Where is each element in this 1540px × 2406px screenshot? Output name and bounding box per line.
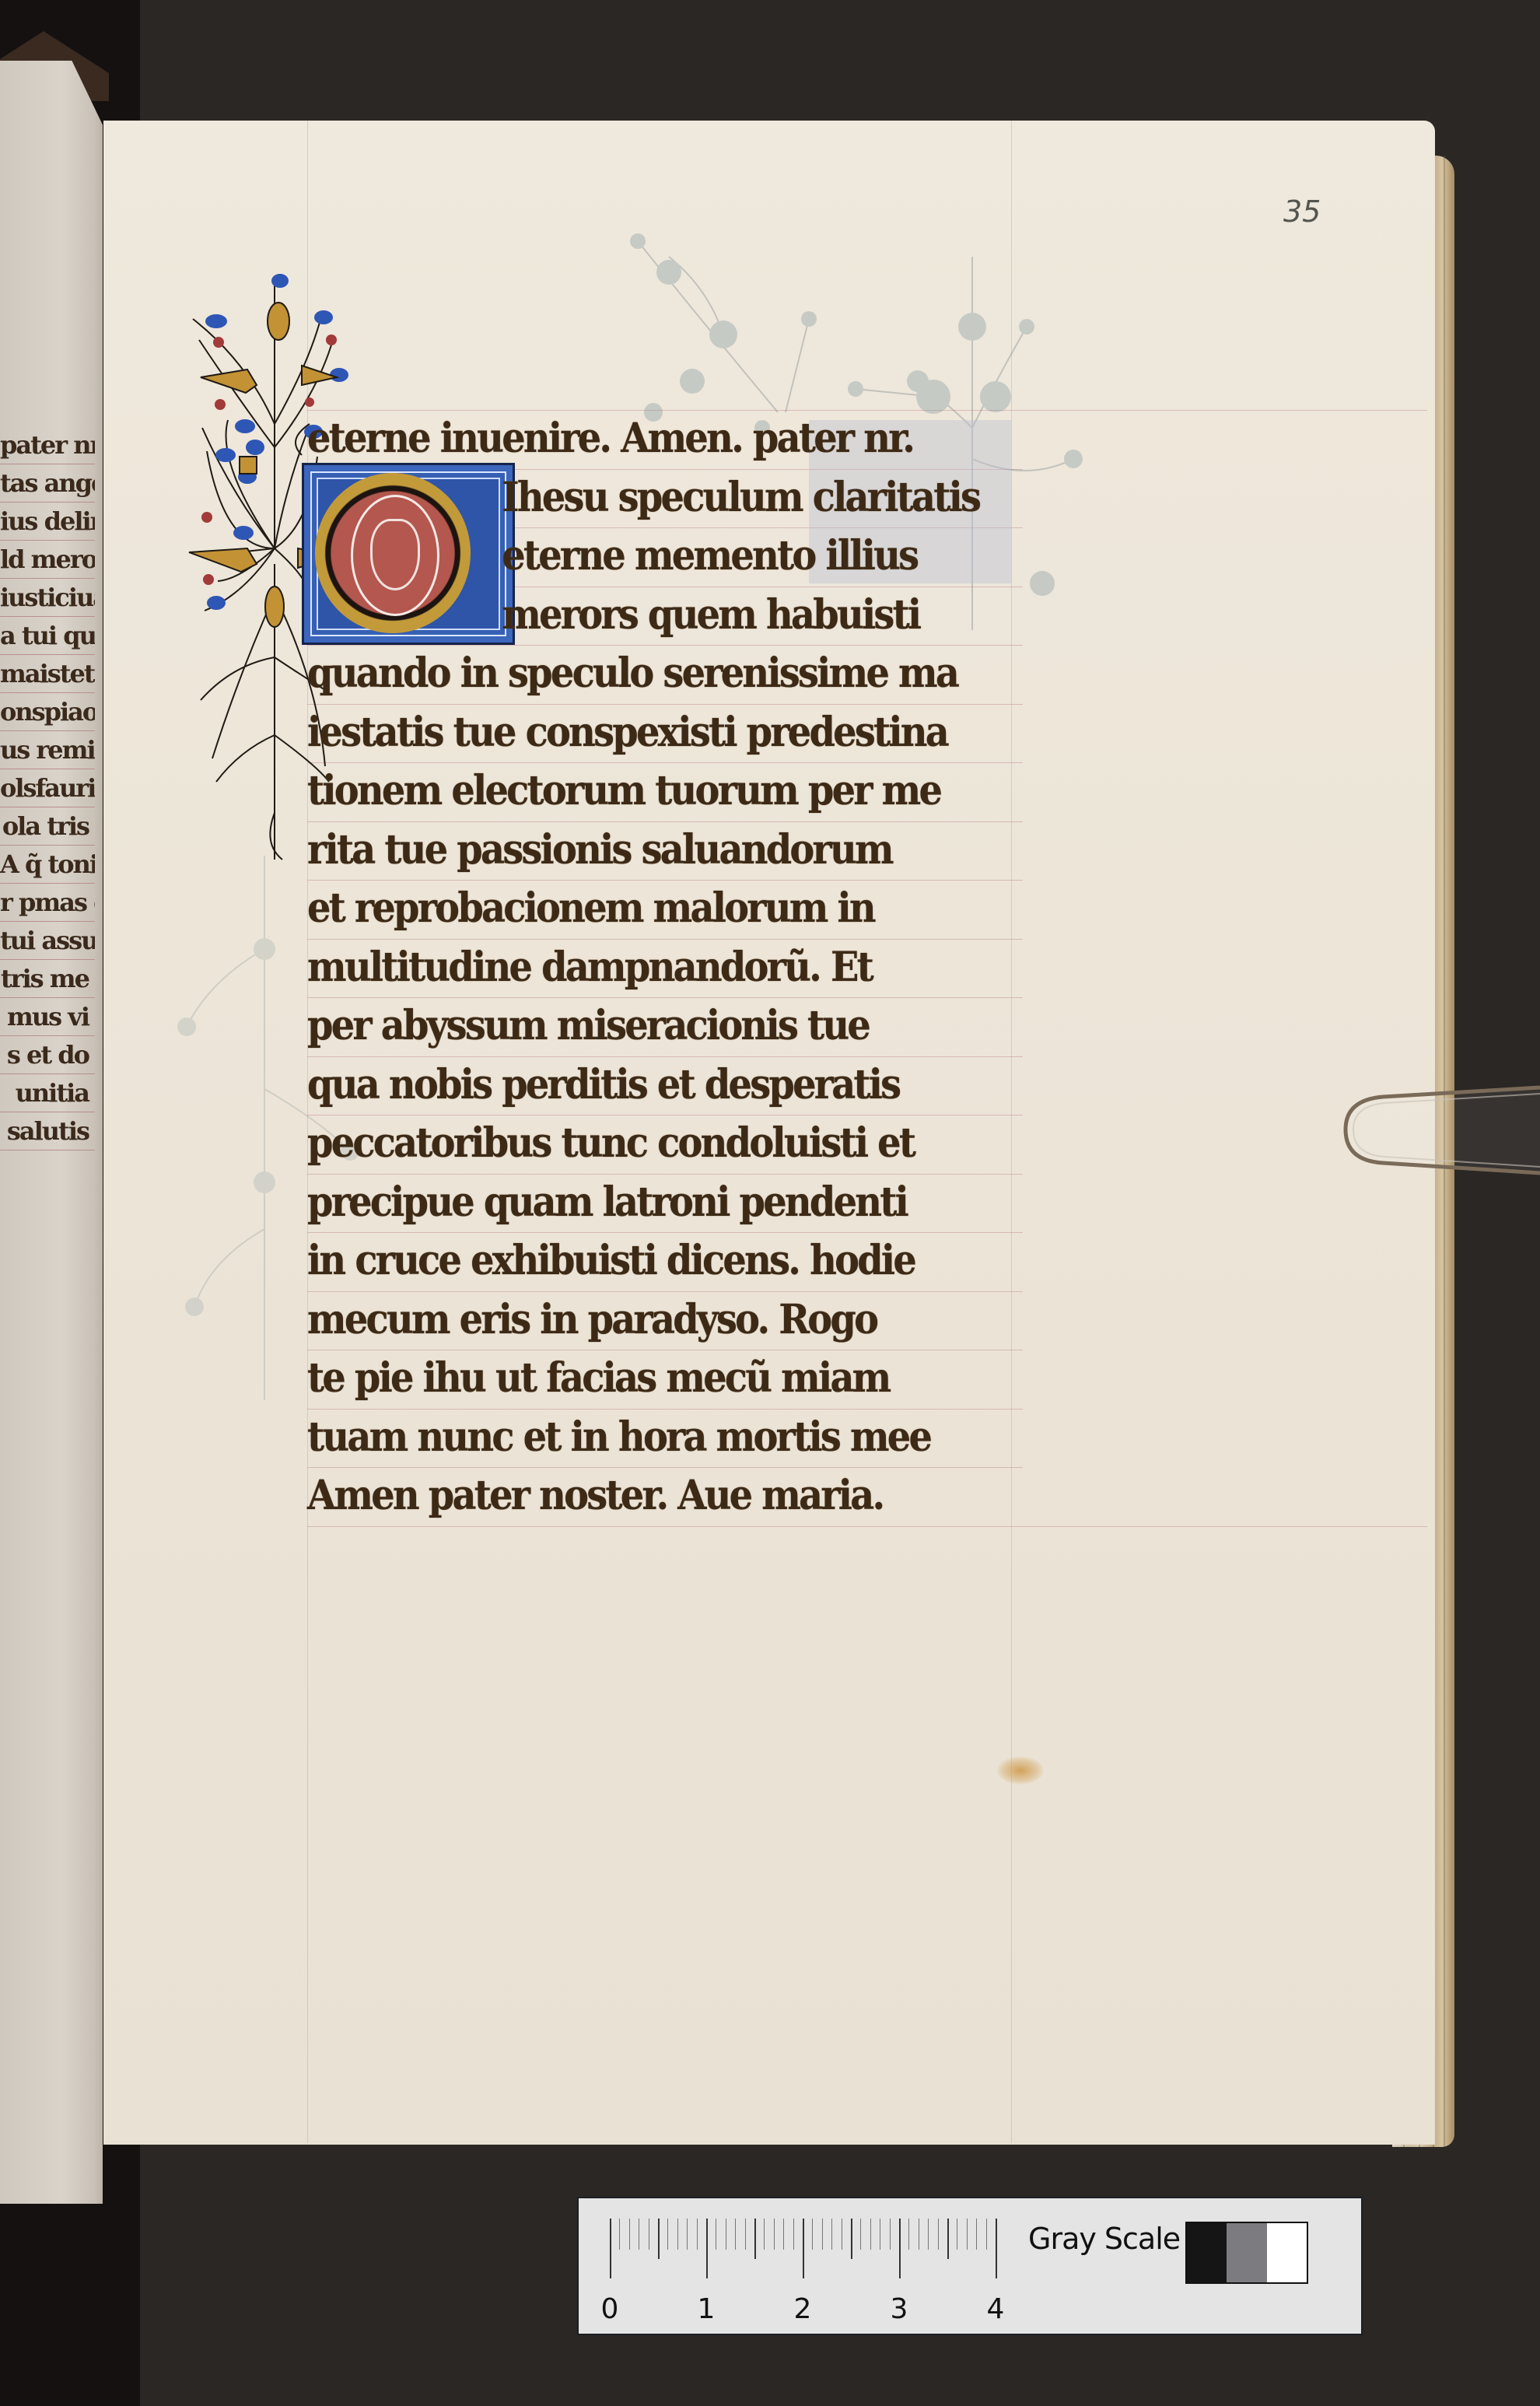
ruler-tick xyxy=(610,2219,611,2278)
ruler-tick xyxy=(764,2219,765,2250)
ruler-tick xyxy=(947,2219,949,2259)
ruler-tick xyxy=(976,2219,977,2250)
ruler-tick xyxy=(716,2219,716,2250)
ruler-tick xyxy=(880,2219,880,2250)
gray-scale-swatches xyxy=(1185,2222,1308,2284)
ruler-tick xyxy=(967,2219,968,2250)
text-line: te pie ihu ut facias mecũ miam xyxy=(307,1354,965,1413)
ruler-tick xyxy=(986,2219,987,2250)
ruler-tick xyxy=(928,2219,929,2250)
ruler-tick xyxy=(957,2219,957,2250)
text-line: multitudine dampnandorũ. Et xyxy=(307,944,965,1003)
text-line: tionem electorum tuorum per me xyxy=(307,767,965,826)
text-line: merors quem habuisti xyxy=(307,591,965,650)
ruler-tick xyxy=(697,2219,698,2250)
verso-text-line: tui assure xyxy=(0,922,95,960)
verso-text-line: pater nr. xyxy=(0,426,95,464)
text-line: eterne memento illius xyxy=(307,532,965,591)
text-line: et reprobacionem malorum in xyxy=(307,884,965,944)
ruler-tick xyxy=(706,2219,708,2278)
text-line: eterne inuenire. Amen. pater nr. xyxy=(307,415,965,474)
ruler-tick xyxy=(812,2219,813,2250)
folio-number: 35 xyxy=(1283,194,1321,229)
ruler-tick xyxy=(629,2219,630,2250)
ruler-tick xyxy=(687,2219,688,2250)
verso-text-line: ius delin xyxy=(0,503,95,541)
text-line: rita tue passionis saluandorum xyxy=(307,826,965,885)
ruler-tick xyxy=(996,2219,997,2278)
ruler-tick xyxy=(899,2219,901,2278)
foxing-stain xyxy=(997,1756,1044,1784)
text-line: mecum eris in paradyso. Rogo xyxy=(307,1296,965,1355)
text-line: tuam nunc et in hora mortis mee xyxy=(307,1413,965,1473)
ruler-tick xyxy=(658,2219,660,2259)
ruler-tick xyxy=(803,2219,804,2278)
verso-text-line: r pmas qui xyxy=(0,884,95,922)
ruler-gray-scale-card: 01234 Gray Scale xyxy=(577,2197,1363,2335)
gray-swatch xyxy=(1227,2223,1266,2282)
verso-text-line: salutis xyxy=(0,1112,95,1150)
ruler-tick xyxy=(619,2219,620,2250)
ruler-tick xyxy=(870,2219,871,2250)
verso-text-line: mus vi xyxy=(0,998,95,1036)
ruler-tick xyxy=(831,2219,832,2250)
ruler-label: 3 xyxy=(891,2293,908,2325)
ruler-tick xyxy=(677,2219,678,2250)
ruler-label: 1 xyxy=(698,2293,716,2325)
ruler-tick xyxy=(860,2219,861,2250)
ruler-label: 0 xyxy=(601,2293,619,2325)
verso-text-line: s et do xyxy=(0,1036,95,1074)
page-clip-icon xyxy=(1336,1073,1540,1186)
verso-text-line: maistetur xyxy=(0,655,95,693)
ruler-tick xyxy=(735,2219,736,2250)
ruler-tick xyxy=(667,2219,668,2250)
verso-text-line: a tui qua xyxy=(0,617,95,655)
gray-swatch xyxy=(1267,2223,1307,2282)
ruler-tick xyxy=(890,2219,891,2250)
verso-text-lines: pater nr.tas angeius delinld merousiusti… xyxy=(0,426,95,1150)
verso-text-line: olsfaurit xyxy=(0,769,95,807)
ruler-tick xyxy=(793,2219,794,2250)
verso-text-line: iusticiuas xyxy=(0,579,95,617)
text-line: quando in speculo serenissime ma xyxy=(307,650,965,709)
ruler-tick xyxy=(919,2219,919,2250)
ruler-tick xyxy=(745,2219,746,2250)
verso-text-line: ola tris xyxy=(0,807,95,846)
verso-page-fragment: pater nr.tas angeius delinld merousiusti… xyxy=(0,61,103,2204)
text-line: peccatoribus tunc condoluisti et xyxy=(307,1119,965,1178)
text-line: precipue quam latroni pendenti xyxy=(307,1178,965,1238)
verso-text-line: unitia xyxy=(0,1074,95,1112)
ruler-label: 2 xyxy=(794,2293,812,2325)
ruler-tick xyxy=(726,2219,726,2250)
verso-text-line: onspiao xyxy=(0,693,95,731)
ruler-tick xyxy=(851,2219,852,2259)
text-line: Amen pater noster. Aue maria. xyxy=(307,1472,965,1531)
ruler-tick xyxy=(649,2219,649,2250)
ruler-tick xyxy=(908,2219,909,2250)
verso-text-line: tas ange xyxy=(0,464,95,503)
text-line: iestatis tue conspexisti predestina xyxy=(307,709,965,768)
ruler-tick xyxy=(639,2219,639,2250)
verso-text-line: us remissi xyxy=(0,731,95,769)
text-line: qua nobis perditis et desperatis xyxy=(307,1061,965,1120)
verso-text-line: tris me xyxy=(0,960,95,998)
ruler-tick xyxy=(822,2219,823,2250)
ruler-label: 4 xyxy=(987,2293,1005,2325)
text-line: in cruce exhibuisti dicens. hodie xyxy=(307,1237,965,1296)
ruler-tick xyxy=(754,2219,756,2259)
ruler-tick xyxy=(842,2219,842,2250)
gray-swatch xyxy=(1187,2223,1227,2282)
ruler: 01234 xyxy=(610,2219,1014,2327)
ruler-tick xyxy=(938,2219,939,2250)
ruler-tick xyxy=(783,2219,784,2250)
ruler-tick xyxy=(774,2219,775,2250)
verso-text-line: A q̃ tonic xyxy=(0,846,95,884)
text-line: per abyssum miseracionis tue xyxy=(307,1002,965,1061)
text-line: Ihesu speculum claritatis xyxy=(307,474,965,533)
verso-text-line: ld merous xyxy=(0,541,95,579)
gray-scale-label: Gray Scale xyxy=(1028,2222,1180,2256)
main-text-block: eterne inuenire. Amen. pater nr.Ihesu sp… xyxy=(307,415,1023,1531)
